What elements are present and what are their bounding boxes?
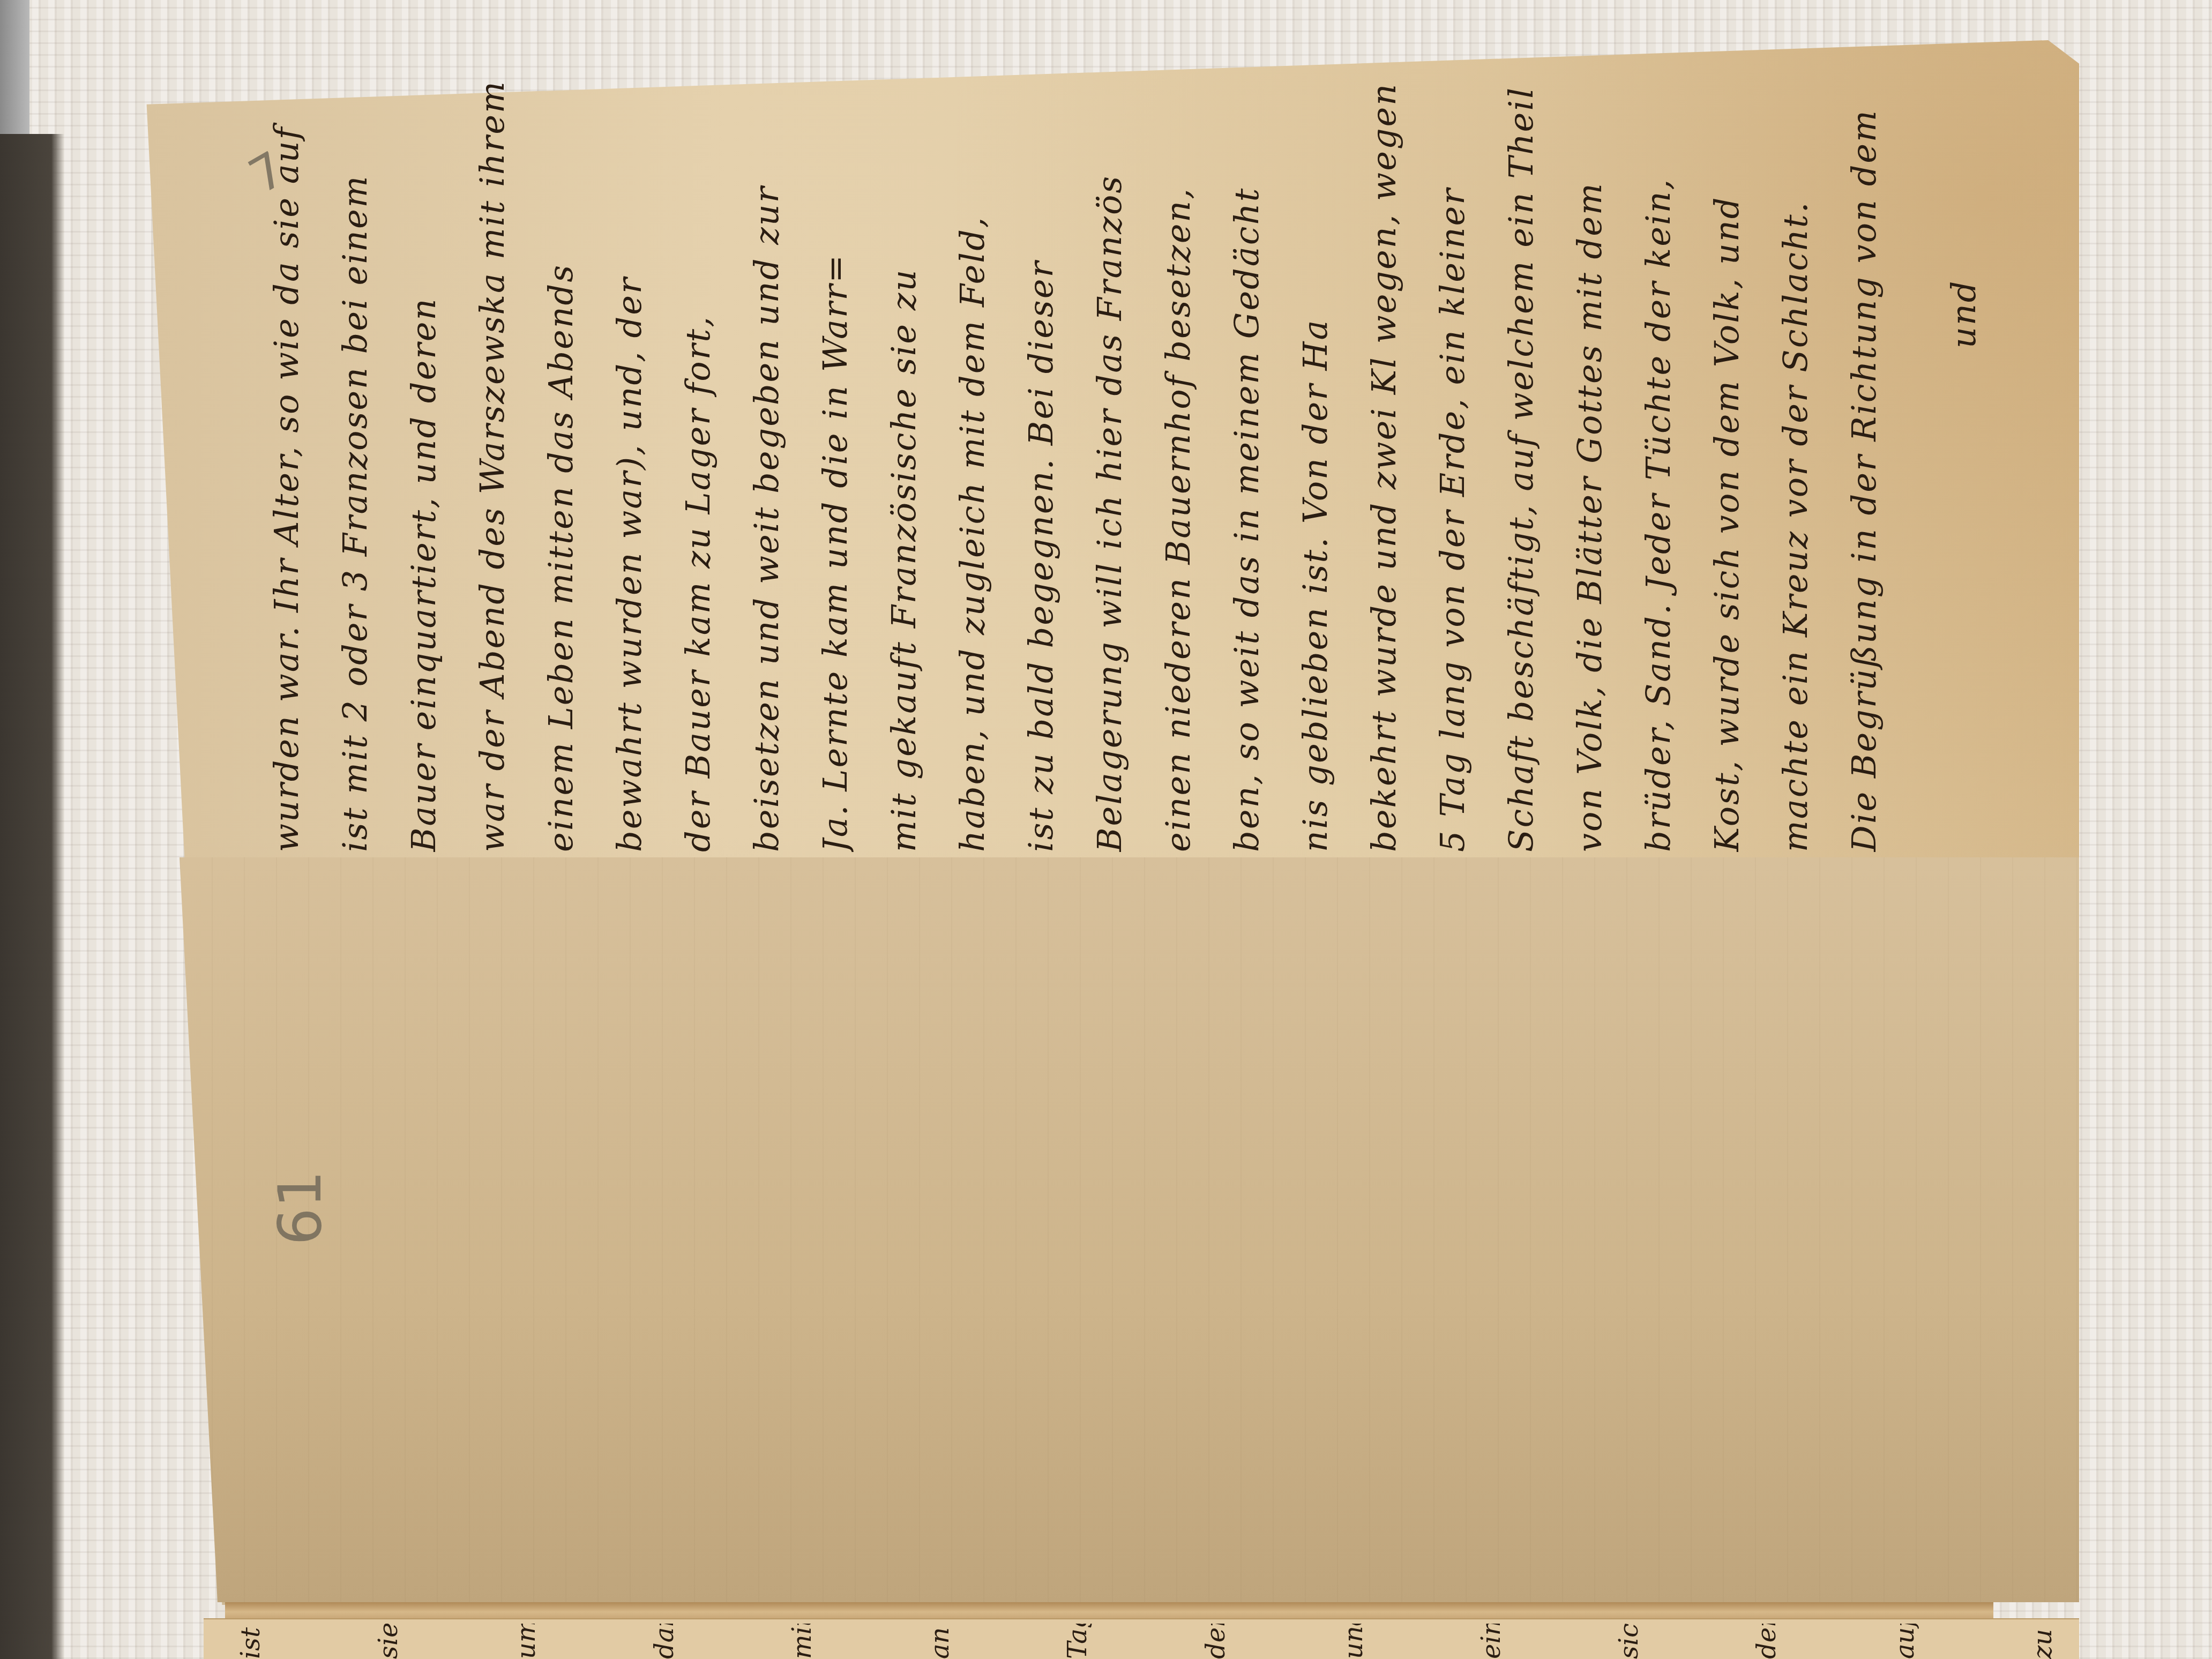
handwritten-line: haben, und zugleich mit dem Feld, bbox=[948, 80, 997, 852]
handwritten-line: 5 Tag lang von der Erde, ein kleiner bbox=[1429, 80, 1477, 852]
handwritten-line: Ja. Lernte kam und die in Warr= bbox=[811, 80, 860, 852]
handwritten-line: Belagerung will ich hier das Französ bbox=[1086, 80, 1134, 852]
handwritten-line: Schaft beschäftigt, auf welchem ein Thei… bbox=[1497, 80, 1545, 852]
handwritten-line: war der Abend des Warszewska mit ihrem, bbox=[468, 80, 517, 852]
letter-page-blank-half bbox=[180, 857, 2079, 1602]
pencil-archive-number: 61 bbox=[266, 1170, 334, 1245]
handwritten-line: einem Leben mitten das Abends bbox=[537, 80, 585, 852]
text-fragment: dann bbox=[649, 1624, 679, 1659]
handwritten-line: wurden war. Ihr Alter, so wie da sie auf bbox=[263, 80, 311, 852]
text-fragment: auf bbox=[1890, 1624, 1920, 1659]
handwritten-line: ben, so weit das in meinem Gedächt bbox=[1223, 80, 1271, 852]
text-fragment: sich bbox=[1614, 1624, 1644, 1659]
text-fragment: der bbox=[1201, 1624, 1231, 1659]
dark-table-edge bbox=[0, 134, 64, 1659]
handwritten-line: beisetzen und weit begeben und zur bbox=[743, 80, 791, 852]
handwritten-text-block: wurden war. Ihr Alter, so wie da sie auf… bbox=[263, 80, 2031, 857]
text-fragment: Tag bbox=[1063, 1624, 1093, 1659]
handwritten-line: ist mit 2 oder 3 Franzosen bei einem bbox=[331, 80, 379, 852]
handwritten-line: brüder, Sand. Jeder Tüchte der kein, bbox=[1634, 80, 1683, 852]
handwritten-line: mit gekauft Französische sie zu bbox=[880, 80, 928, 852]
text-fragment: und bbox=[1339, 1624, 1369, 1659]
handwritten-line-final: und bbox=[1940, 80, 1988, 348]
text-fragment: ist bbox=[236, 1624, 266, 1659]
text-fragment: um bbox=[511, 1624, 541, 1659]
handwritten-line: einen niederen Bauernhof besetzen, bbox=[1154, 80, 1202, 852]
handwritten-line: Die Begrüßung in der Richtung von dem bbox=[1840, 80, 1888, 852]
text-fragment: den bbox=[1752, 1624, 1782, 1659]
handwritten-line: bekehrt wurde und zwei Kl wegen, wegen bbox=[1360, 80, 1408, 852]
handwritten-line: ist zu bald begegnen. Bei dieser bbox=[1017, 80, 1065, 852]
handwritten-line: der Bauer kam zu Lager fort, bbox=[674, 80, 722, 852]
text-fragment: ein bbox=[1476, 1624, 1506, 1659]
handwritten-line: bewahrt wurden war), und, der bbox=[606, 80, 654, 852]
fold-seam bbox=[225, 1602, 1993, 1619]
text-fragment: mit bbox=[787, 1624, 817, 1659]
handwritten-line: Kost, wurde sich von dem Volk, und bbox=[1703, 80, 1751, 852]
text-fragment: an bbox=[925, 1624, 955, 1659]
text-fragment: sie bbox=[373, 1624, 403, 1659]
text-fragment: zu bbox=[2028, 1624, 2058, 1659]
handwritten-line: Bauer einquartiert, und deren bbox=[400, 80, 448, 852]
handwritten-line: machte ein Kreuz vor der Schlacht. bbox=[1772, 80, 1820, 852]
handwritten-line: von Volk, die Blätter Gottes mit dem bbox=[1566, 80, 1614, 852]
handwritten-line: nis geblieben ist. Von der Ha bbox=[1291, 80, 1340, 852]
second-page-text-fragments: ist sie um dann mit an Tag der und ein s… bbox=[236, 1624, 2058, 1659]
